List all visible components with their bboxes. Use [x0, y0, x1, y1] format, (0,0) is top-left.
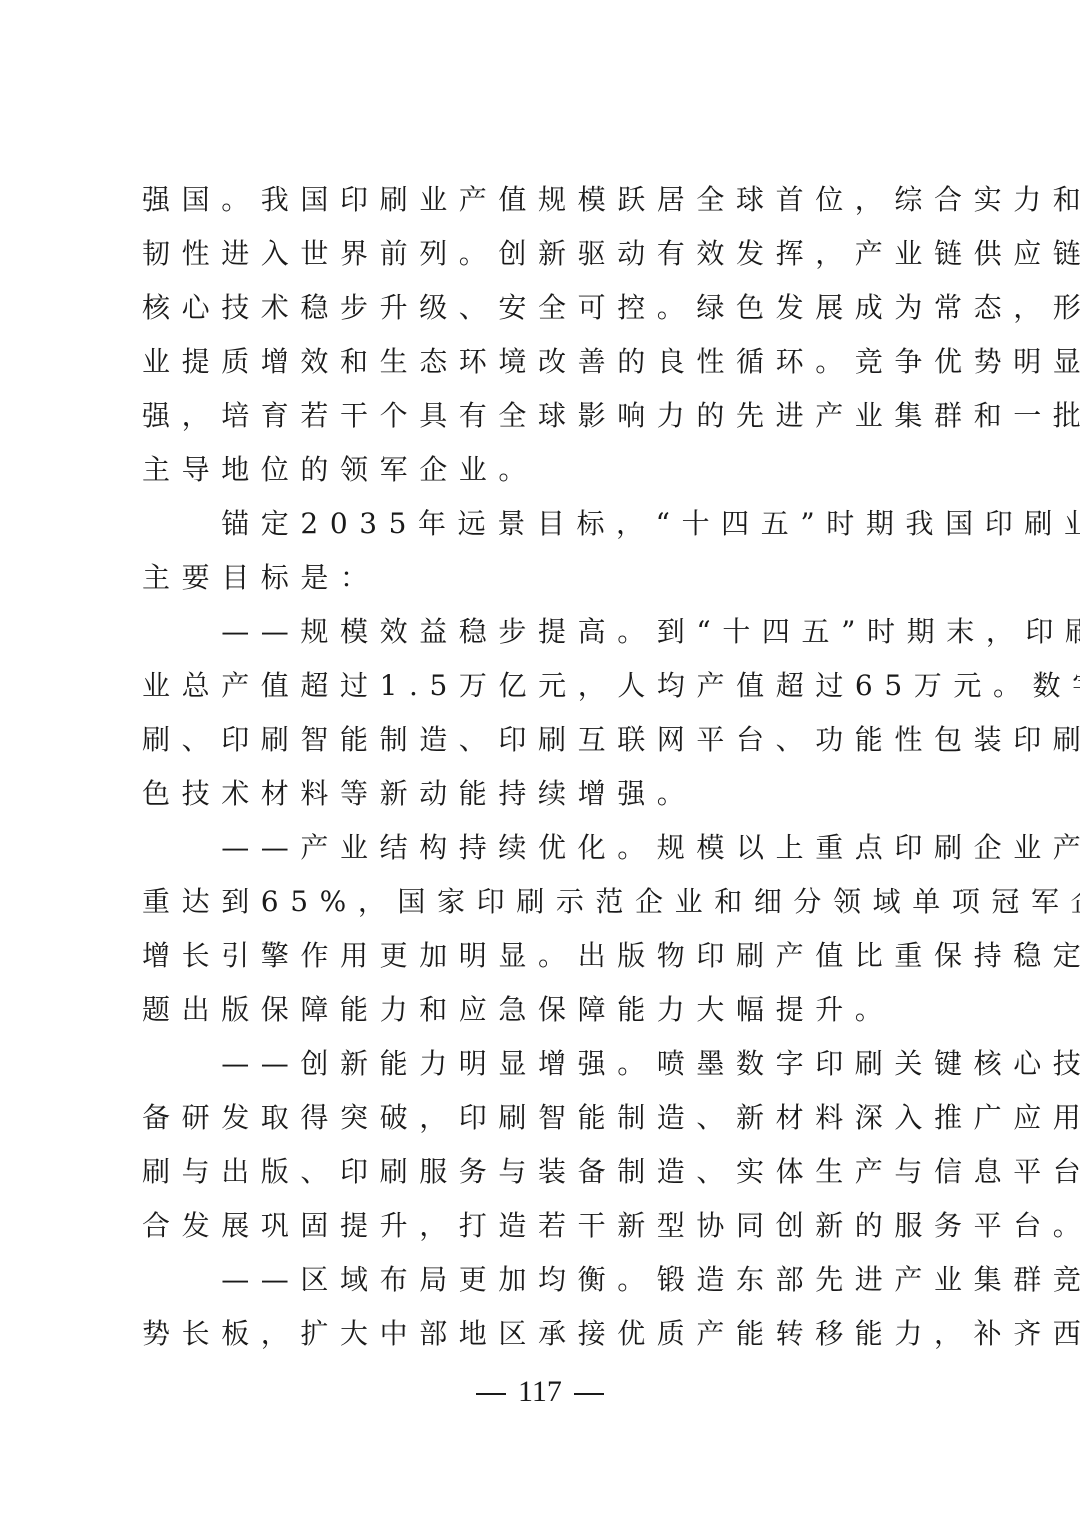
dash-left: [476, 1393, 506, 1395]
goal-item-industry-structure: ——产业结构持续优化。规模以上重点印刷企业产值比: [142, 826, 942, 880]
text-line: 主导地位的领军企业。: [142, 448, 942, 502]
text-line: 重达到65%，国家印刷示范企业和细分领域单项冠军企业: [142, 880, 942, 934]
text-line: 刷、印刷智能制造、印刷互联网平台、功能性包装印刷、绿: [142, 718, 942, 772]
paragraph-start-line: 锚定2035年远景目标，“十四五”时期我国印刷业发展: [142, 502, 942, 556]
text-line: 业总产值超过1.5万亿元，人均产值超过65万元。数字印: [142, 664, 942, 718]
text-line: 主要目标是：: [142, 556, 942, 610]
text-line: 增长引擎作用更加明显。出版物印刷产值比重保持稳定，主: [142, 934, 942, 988]
document-page: 强国。我国印刷业产值规模跃居全球首位，综合实力和产业 韧性进入世界前列。创新驱动…: [142, 178, 942, 1366]
text-line: 合发展巩固提升，打造若干新型协同创新的服务平台。: [142, 1204, 942, 1258]
text-line: 势长板，扩大中部地区承接优质产能转移能力，补齐西部地: [142, 1312, 942, 1366]
page-number-value: 117: [518, 1375, 562, 1408]
goal-item-scale-benefit: ——规模效益稳步提高。到“十四五”时期末，印刷: [142, 610, 942, 664]
text-line: 韧性进入世界前列。创新驱动有效发挥，产业链供应链关键: [142, 232, 942, 286]
text-line: 色技术材料等新动能持续增强。: [142, 772, 942, 826]
text-line: 强国。我国印刷业产值规模跃居全球首位，综合实力和产业: [142, 178, 942, 232]
dash-right: [574, 1393, 604, 1395]
text-line: 强，培育若干个具有全球影响力的先进产业集群和一批具有: [142, 394, 942, 448]
text-line: 业提质增效和生态环境改善的良性循环。竞争优势明显增: [142, 340, 942, 394]
page-number: 117: [0, 1372, 1080, 1412]
goal-item-regional-layout: ——区域布局更加均衡。锻造东部先进产业集群竞争优: [142, 1258, 942, 1312]
text-line: 刷与出版、印刷服务与装备制造、实体生产与信息平台等融: [142, 1150, 942, 1204]
text-line: 备研发取得突破，印刷智能制造、新材料深入推广应用。印: [142, 1096, 942, 1150]
goal-item-innovation: ——创新能力明显增强。喷墨数字印刷关键核心技术设: [142, 1042, 942, 1096]
text-line: 核心技术稳步升级、安全可控。绿色发展成为常态，形成产: [142, 286, 942, 340]
text-line: 题出版保障能力和应急保障能力大幅提升。: [142, 988, 942, 1042]
